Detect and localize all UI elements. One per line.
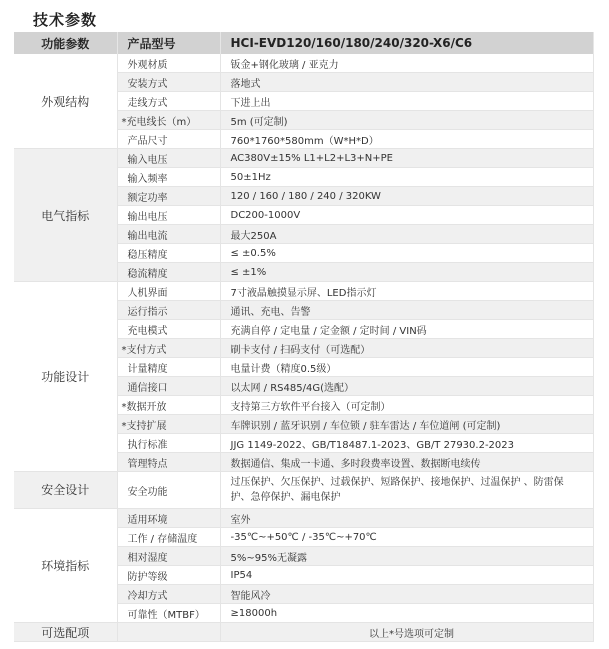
row-label: 冷却方式 bbox=[117, 585, 220, 604]
group-optional: 可选配项 bbox=[14, 623, 117, 642]
row-value: DC200-1000V bbox=[220, 206, 593, 225]
row-value: 7寸液晶触摸显示屏、LED指示灯 bbox=[220, 282, 593, 301]
group-safety-design: 安全设计 bbox=[14, 472, 117, 509]
table-row: 安全设计 安全功能 过压保护、欠压保护、过载保护、短路保护、接地保护、过温保护 … bbox=[14, 472, 593, 509]
header-function-param: 功能参数 bbox=[14, 32, 117, 54]
table-row: 外观结构 外观材质 钣金+钢化玻璃 / 亚克力 bbox=[14, 54, 593, 73]
row-label: *支付方式 bbox=[117, 339, 220, 358]
row-value: 钣金+钢化玻璃 / 亚克力 bbox=[220, 54, 593, 73]
row-label: 工作 / 存储温度 bbox=[117, 528, 220, 547]
page-title: 技术参数 bbox=[33, 9, 97, 30]
row-label: 输入电压 bbox=[117, 149, 220, 168]
row-label: 防护等级 bbox=[117, 566, 220, 585]
table-header-row: 功能参数 产品型号 HCI-EVD120/160/180/240/320-X6/… bbox=[14, 32, 593, 54]
row-value: 以太网 / RS485/4G(选配） bbox=[220, 377, 593, 396]
row-value: 落地式 bbox=[220, 73, 593, 92]
row-label: 安全功能 bbox=[117, 472, 220, 509]
row-label: 执行标准 bbox=[117, 434, 220, 453]
row-value: JJG 1149-2022、GB/T18487.1-2023、GB/T 2793… bbox=[220, 434, 593, 453]
row-value: 50±1Hz bbox=[220, 168, 593, 187]
row-label: 管理特点 bbox=[117, 453, 220, 472]
row-value: 120 / 160 / 180 / 240 / 320KW bbox=[220, 187, 593, 206]
row-label: 运行指示 bbox=[117, 301, 220, 320]
group-function-design: 功能设计 bbox=[14, 282, 117, 472]
group-electrical: 电气指标 bbox=[14, 149, 117, 282]
row-value: ≤ ±0.5% bbox=[220, 244, 593, 263]
row-label: 通信接口 bbox=[117, 377, 220, 396]
row-label: 输出电压 bbox=[117, 206, 220, 225]
row-label: 相对湿度 bbox=[117, 547, 220, 566]
row-value: -35℃~+50℃ / -35℃~+70℃ bbox=[220, 528, 593, 547]
row-label: 稳流精度 bbox=[117, 263, 220, 282]
footer-note: 以上*号选项可定制 bbox=[220, 623, 593, 642]
row-label: 产品尺寸 bbox=[117, 130, 220, 149]
table-row: 环境指标 适用环境 室外 bbox=[14, 509, 593, 528]
row-value: 通讯、充电、告警 bbox=[220, 301, 593, 320]
row-value: 数据通信、集成一卡通、多时段费率设置、数据断电续传 bbox=[220, 453, 593, 472]
row-label: 输出电流 bbox=[117, 225, 220, 244]
row-value: 下进上出 bbox=[220, 92, 593, 111]
row-value: 5m (可定制) bbox=[220, 111, 593, 130]
row-value: 5%~95%无凝露 bbox=[220, 547, 593, 566]
row-value: 过压保护、欠压保护、过载保护、短路保护、接地保护、过温保护 、防雷保护、急停保护… bbox=[220, 472, 593, 509]
spec-table: 功能参数 产品型号 HCI-EVD120/160/180/240/320-X6/… bbox=[14, 32, 594, 642]
header-product-model-value: HCI-EVD120/160/180/240/320-X6/C6 bbox=[220, 32, 593, 54]
row-value: IP54 bbox=[220, 566, 593, 585]
row-value: AC380V±15% L1+L2+L3+N+PE bbox=[220, 149, 593, 168]
row-label: *支持扩展 bbox=[117, 415, 220, 434]
row-value: 电量计费（精度0.5级） bbox=[220, 358, 593, 377]
row-value: 760*1760*580mm（W*H*D） bbox=[220, 130, 593, 149]
row-label: 输入频率 bbox=[117, 168, 220, 187]
row-label: 人机界面 bbox=[117, 282, 220, 301]
group-environment: 环境指标 bbox=[14, 509, 117, 623]
row-value: 刷卡支付 / 扫码支付（可选配） bbox=[220, 339, 593, 358]
row-label: 外观材质 bbox=[117, 54, 220, 73]
table-row-footer: 可选配项 以上*号选项可定制 bbox=[14, 623, 593, 642]
header-product-model-label: 产品型号 bbox=[117, 32, 220, 54]
row-value: 车牌识别 / 蓝牙识别 / 车位锁 / 驻车雷达 / 车位道闸 (可定制) bbox=[220, 415, 593, 434]
row-label: 额定功率 bbox=[117, 187, 220, 206]
row-label: 走线方式 bbox=[117, 92, 220, 111]
row-label: *充电线长（m） bbox=[117, 111, 220, 130]
footer-empty-cell bbox=[117, 623, 220, 642]
row-label: 充电模式 bbox=[117, 320, 220, 339]
row-value: 室外 bbox=[220, 509, 593, 528]
row-value: 最大250A bbox=[220, 225, 593, 244]
row-value: 支持第三方软件平台接入（可定制） bbox=[220, 396, 593, 415]
row-value: ≤ ±1% bbox=[220, 263, 593, 282]
row-label: 稳压精度 bbox=[117, 244, 220, 263]
row-value: 充满自停 / 定电量 / 定金额 / 定时间 / VIN码 bbox=[220, 320, 593, 339]
row-label: 可靠性（MTBF） bbox=[117, 604, 220, 623]
row-label: 安装方式 bbox=[117, 73, 220, 92]
group-appearance: 外观结构 bbox=[14, 54, 117, 149]
row-label: 计量精度 bbox=[117, 358, 220, 377]
row-value: ≥18000h bbox=[220, 604, 593, 623]
row-label: 适用环境 bbox=[117, 509, 220, 528]
row-value: 智能风冷 bbox=[220, 585, 593, 604]
table-row: 电气指标 输入电压 AC380V±15% L1+L2+L3+N+PE bbox=[14, 149, 593, 168]
table-row: 功能设计 人机界面 7寸液晶触摸显示屏、LED指示灯 bbox=[14, 282, 593, 301]
row-label: *数据开放 bbox=[117, 396, 220, 415]
